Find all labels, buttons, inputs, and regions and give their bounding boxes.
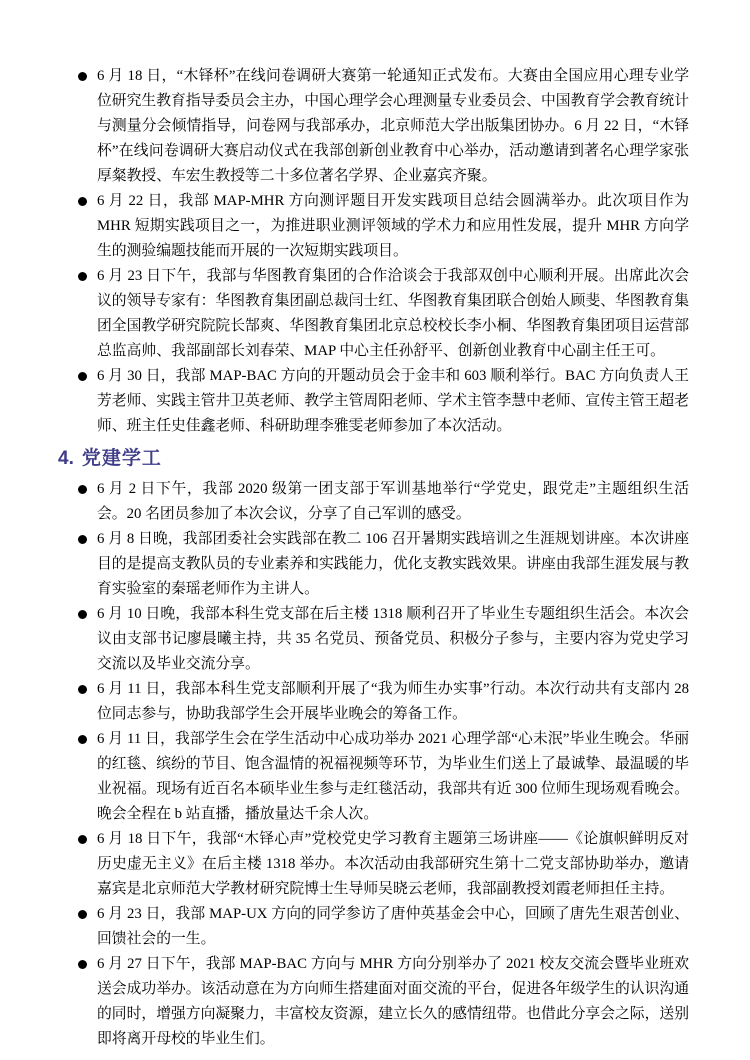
list-item: 6 月 30 日，我部 MAP-BAC 方向的开题动员会于金丰和 603 顺利举… [97,364,689,439]
bullet-icon [78,735,87,744]
list-item: 6 月 18 日下午，我部“木铎心声”党校党史学习教育主题第三场讲座——《论旗帜… [97,827,689,902]
list-item-text: 6 月 30 日，我部 MAP-BAC 方向的开题动员会于金丰和 603 顺利举… [97,368,689,434]
list-item-text: 6 月 11 日，我部本科生党支部顺利开展了“我为师生办实事”行动。本次行动共有… [97,681,689,722]
bullet-icon [78,960,87,969]
bullet-icon [78,197,87,206]
list-item: 6 月 23 日下午，我部与华图教育集团的合作洽谈会于我部双创中心顺利开展。出席… [97,264,689,364]
intro-bullet-list: 6 月 18 日，“木铎杯”在线问卷调研大赛第一轮通知正式发布。大赛由全国应用心… [97,64,689,439]
section-heading: 4.党建学工 [58,447,689,470]
list-item-text: 6 月 11 日，我部学生会在学生活动中心成功举办 2021 心理学部“心未泯”… [97,731,689,822]
list-item-text: 6 月 8 日晚，我部团委社会实践部在教二 106 召开暑期实践培训之生涯规划讲… [97,531,689,597]
list-item: 6 月 10 日晚，我部本科生党支部在后主楼 1318 顺利召开了毕业生专题组织… [97,602,689,677]
section-bullet-list: 6 月 2 日下午，我部 2020 级第一团支部于军训基地举行“学党史，跟党走”… [97,477,689,1052]
list-item: 6 月 22 日，我部 MAP-MHR 方向测评题目开发实践项目总结会圆满举办。… [97,189,689,264]
bullet-icon [78,372,87,381]
list-item: 6 月 23 日，我部 MAP-UX 方向的同学参访了唐仲英基金会中心，回顾了唐… [97,902,689,952]
bullet-icon [78,685,87,694]
list-item-text: 6 月 27 日下午，我部 MAP-BAC 方向与 MHR 方向分别举办了 20… [97,956,689,1047]
list-item-text: 6 月 22 日，我部 MAP-MHR 方向测评题目开发实践项目总结会圆满举办。… [97,193,689,259]
bullet-icon [78,535,87,544]
document-page: 6 月 18 日，“木铎杯”在线问卷调研大赛第一轮通知正式发布。大赛由全国应用心… [0,0,750,1060]
bullet-icon [78,610,87,619]
bullet-icon [78,835,87,844]
list-item: 6 月 11 日，我部本科生党支部顺利开展了“我为师生办实事”行动。本次行动共有… [97,677,689,727]
list-item-text: 6 月 23 日，我部 MAP-UX 方向的同学参访了唐仲英基金会中心，回顾了唐… [97,906,689,947]
bullet-icon [78,72,87,81]
list-item-text: 6 月 18 日，“木铎杯”在线问卷调研大赛第一轮通知正式发布。大赛由全国应用心… [97,68,689,184]
list-item: 6 月 27 日下午，我部 MAP-BAC 方向与 MHR 方向分别举办了 20… [97,952,689,1052]
list-item-text: 6 月 10 日晚，我部本科生党支部在后主楼 1318 顺利召开了毕业生专题组织… [97,606,689,672]
list-item: 6 月 8 日晚，我部团委社会实践部在教二 106 召开暑期实践培训之生涯规划讲… [97,527,689,602]
bullet-icon [78,272,87,281]
bullet-icon [78,485,87,494]
list-item: 6 月 11 日，我部学生会在学生活动中心成功举办 2021 心理学部“心未泯”… [97,727,689,827]
list-item-text: 6 月 2 日下午，我部 2020 级第一团支部于军训基地举行“学党史，跟党走”… [97,481,689,522]
list-item: 6 月 2 日下午，我部 2020 级第一团支部于军训基地举行“学党史，跟党走”… [97,477,689,527]
section-heading-title: 党建学工 [82,448,162,469]
list-item: 6 月 18 日，“木铎杯”在线问卷调研大赛第一轮通知正式发布。大赛由全国应用心… [97,64,689,189]
list-item-text: 6 月 23 日下午，我部与华图教育集团的合作洽谈会于我部双创中心顺利开展。出席… [97,268,689,359]
bullet-icon [78,910,87,919]
section-heading-number: 4. [58,448,74,469]
list-item-text: 6 月 18 日下午，我部“木铎心声”党校党史学习教育主题第三场讲座——《论旗帜… [97,831,689,897]
